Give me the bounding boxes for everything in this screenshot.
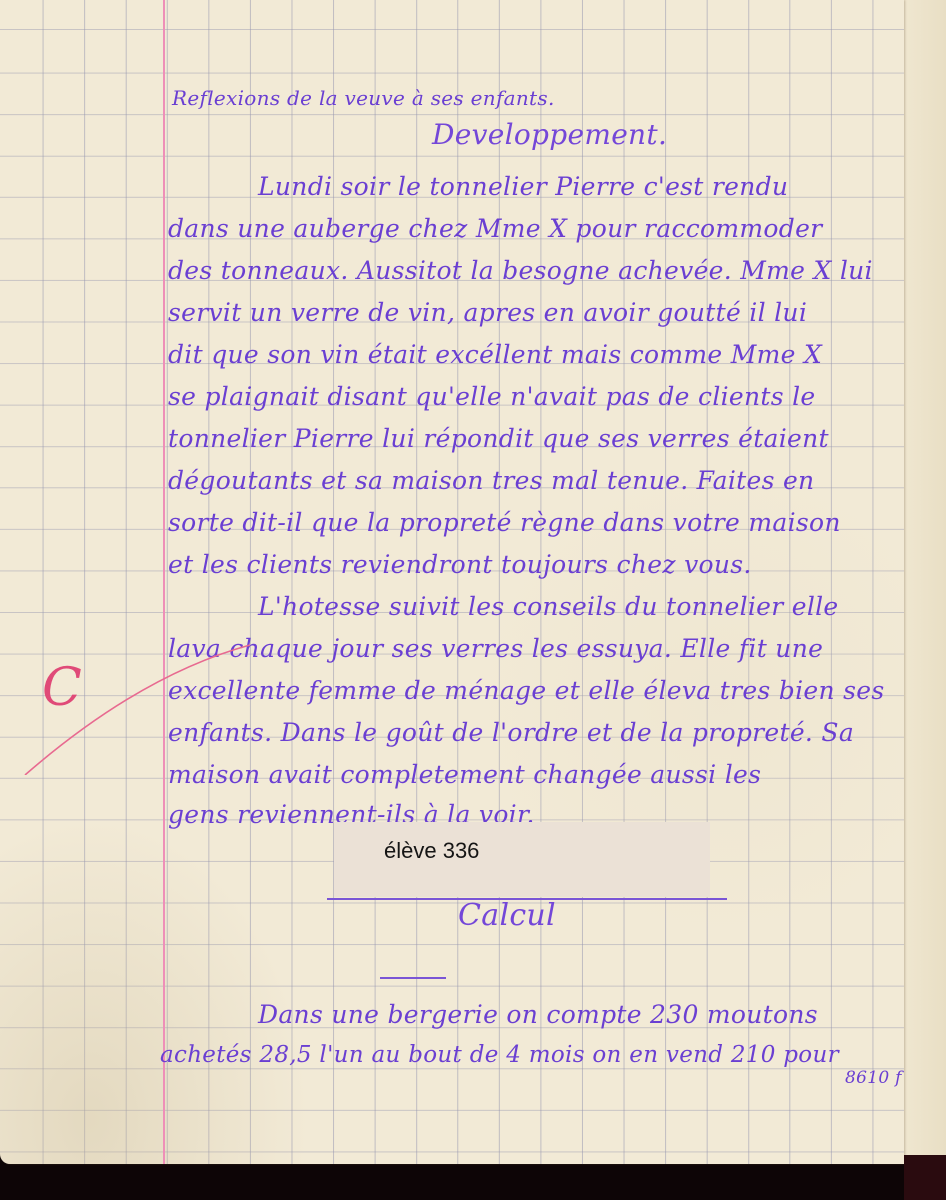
problem-amount: 8610 f <box>845 1068 902 1088</box>
text-line: L'hotesse suivit les conseils du tonneli… <box>258 592 839 621</box>
assignment-title: Reflexions de la veuve à ses enfants. <box>172 86 555 110</box>
text-line: dans une auberge chez Mme X pour raccomm… <box>168 214 822 243</box>
page-corner-shadow <box>904 1155 946 1200</box>
text-line: dégoutants et sa maison tres mal tenue. … <box>168 466 814 495</box>
text-line: des tonneaux. Aussitot la besogne achevé… <box>168 256 873 285</box>
text-line: et les clients reviendront toujours chez… <box>168 550 752 579</box>
margin-line <box>163 0 165 1164</box>
problem-line: achetés 28,5 l'un au bout de 4 mois on e… <box>160 1042 839 1068</box>
text-line: sorte dit-il que la propreté règne dans … <box>168 508 841 537</box>
text-line: lava chaque jour ses verres les essuya. … <box>168 634 823 663</box>
text-line: Lundi soir le tonnelier Pierre c'est ren… <box>258 172 788 201</box>
text-line: excellente femme de ménage et elle éleva… <box>168 676 885 705</box>
text-line: enfants. Dans le goût de l'ordre et de l… <box>168 718 854 747</box>
student-id-label: élève 336 <box>384 838 479 864</box>
teacher-grade: C <box>42 658 82 718</box>
student-id-redaction: élève 336 <box>334 822 710 897</box>
short-rule <box>380 977 446 979</box>
notebook-page: Reflexions de la veuve à ses enfants. De… <box>0 0 904 1164</box>
section-heading-calcul: Calcul <box>458 898 556 933</box>
text-line: servit un verre de vin, apres en avoir g… <box>168 298 807 327</box>
text-line: tonnelier Pierre lui répondit que ses ve… <box>168 424 829 453</box>
text-line: dit que son vin était excéllent mais com… <box>168 340 822 369</box>
problem-line: Dans une bergerie on compte 230 moutons <box>258 1000 818 1029</box>
text-line: se plaignait disant qu'elle n'avait pas … <box>168 382 816 411</box>
section-heading-developpement: Developpement. <box>432 118 667 151</box>
